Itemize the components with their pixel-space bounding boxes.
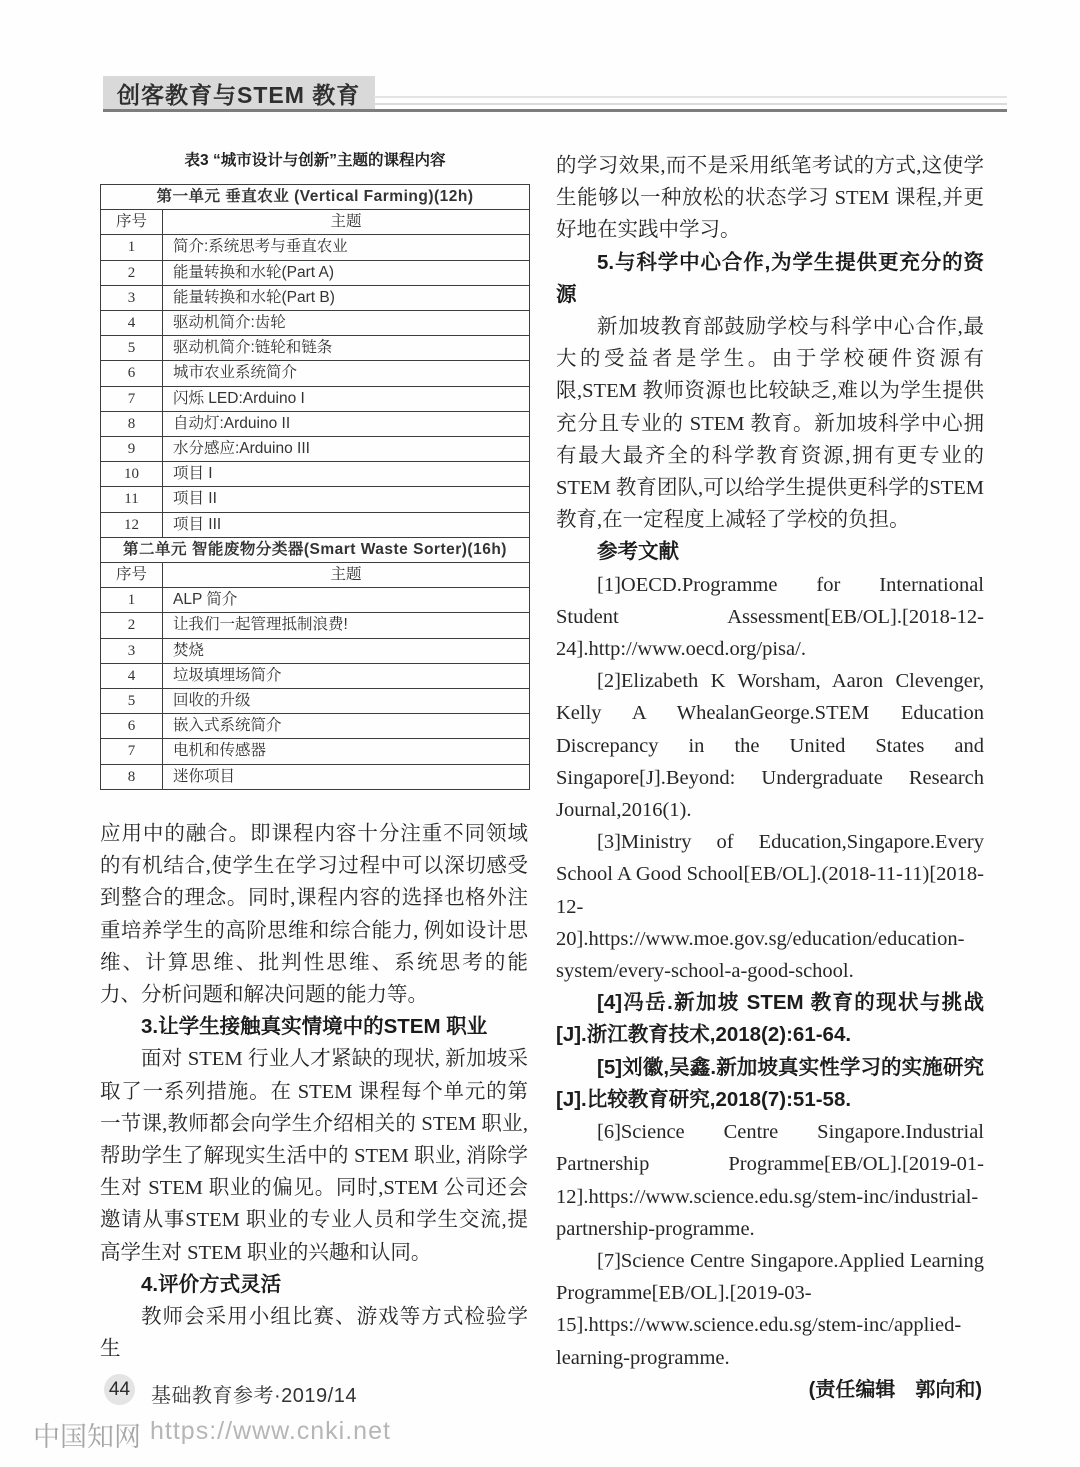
left-paragraph-1: 应用中的融合。即课程内容十分注重不同领域的有机结合,使学生在学习过程中可以深切感… bbox=[100, 818, 528, 1011]
table-row: 4 垃圾填埋场简介 bbox=[101, 663, 530, 688]
serial-cell: 4 bbox=[101, 311, 163, 336]
topic-cell: 水分感应:Arduino III bbox=[163, 437, 530, 462]
section-heading-4: 4.评价方式灵活 bbox=[100, 1269, 528, 1301]
topic-cell: 驱动机简介:链轮和链条 bbox=[163, 336, 530, 361]
serial-cell: 11 bbox=[101, 487, 163, 512]
table-row: 2 能量转换和水轮(Part A) bbox=[101, 260, 530, 285]
header-rule-dark bbox=[103, 109, 1007, 112]
reference-item-5: [5]刘徽,吴鑫.新加坡真实性学习的实施研究[J].比较教育研究,2018(7)… bbox=[556, 1052, 984, 1116]
header-rule-light-2 bbox=[374, 103, 1007, 105]
topic-cell: 项目 I bbox=[163, 462, 530, 487]
unit1-title: 第一单元 垂直农业 (Vertical Farming)(12h) bbox=[101, 185, 530, 210]
table-row: 3 能量转换和水轮(Part B) bbox=[101, 285, 530, 310]
header-rule-light-1 bbox=[374, 96, 1007, 98]
unit2-title-row: 第二单元 智能废物分类器(Smart Waste Sorter)(16h) bbox=[101, 537, 530, 562]
section-heading-3: 3.让学生接触真实情境中的STEM 职业 bbox=[100, 1011, 528, 1043]
unit2-title: 第二单元 智能废物分类器(Smart Waste Sorter)(16h) bbox=[101, 537, 530, 562]
table-row: 8 自动灯:Arduino II bbox=[101, 411, 530, 436]
serial-cell: 9 bbox=[101, 437, 163, 462]
topic-cell: 项目 II bbox=[163, 487, 530, 512]
unit1-column-header-row: 序号 主题 bbox=[101, 210, 530, 235]
right-paragraph-1: 的学习效果,而不是采用纸笔考试的方式,这使学生能够以一种放松的状态学习 STEM… bbox=[556, 150, 984, 247]
serial-cell: 12 bbox=[101, 512, 163, 537]
table-row: 3 焚烧 bbox=[101, 638, 530, 663]
topic-cell: ALP 简介 bbox=[163, 588, 530, 613]
cnki-watermark-url: https://www.cnki.net bbox=[150, 1417, 391, 1446]
topic-cell: 城市农业系统简介 bbox=[163, 361, 530, 386]
table-row: 6 城市农业系统简介 bbox=[101, 361, 530, 386]
topic-cell: 电机和传感器 bbox=[163, 739, 530, 764]
serial-cell: 7 bbox=[101, 739, 163, 764]
table-row: 4 驱动机简介:齿轮 bbox=[101, 311, 530, 336]
serial-cell: 8 bbox=[101, 764, 163, 789]
serial-cell: 4 bbox=[101, 663, 163, 688]
unit2-col-no-header: 序号 bbox=[101, 563, 163, 588]
topic-cell: 迷你项目 bbox=[163, 764, 530, 789]
serial-cell: 2 bbox=[101, 613, 163, 638]
topic-cell: 垃圾填埋场简介 bbox=[163, 663, 530, 688]
serial-cell: 1 bbox=[101, 588, 163, 613]
unit2-column-header-row: 序号 主题 bbox=[101, 563, 530, 588]
unit1-col-topic-header: 主题 bbox=[163, 210, 530, 235]
table-row: 5 驱动机简介:链轮和链条 bbox=[101, 336, 530, 361]
serial-cell: 3 bbox=[101, 638, 163, 663]
topic-cell: 能量转换和水轮(Part A) bbox=[163, 260, 530, 285]
unit2-col-topic-header: 主题 bbox=[163, 563, 530, 588]
left-paragraph-3: 教师会采用小组比赛、游戏等方式检验学生 bbox=[100, 1301, 528, 1365]
table-row: 12 项目 III bbox=[101, 512, 530, 537]
left-column-text: 应用中的融合。即课程内容十分注重不同领域的有机结合,使学生在学习过程中可以深切感… bbox=[100, 818, 528, 1365]
serial-cell: 7 bbox=[101, 386, 163, 411]
reference-item-2: [2]Elizabeth K Worsham, Aaron Clevenger,… bbox=[556, 665, 984, 826]
right-column-text: 的学习效果,而不是采用纸笔考试的方式,这使学生能够以一种放松的状态学习 STEM… bbox=[556, 150, 984, 1406]
serial-cell: 6 bbox=[101, 361, 163, 386]
serial-cell: 2 bbox=[101, 260, 163, 285]
serial-cell: 10 bbox=[101, 462, 163, 487]
topic-cell: 回收的升级 bbox=[163, 689, 530, 714]
topic-cell: 项目 III bbox=[163, 512, 530, 537]
reference-item-4: [4]冯岳.新加坡 STEM 教育的现状与挑战[J].浙江教育技术,2018(2… bbox=[556, 987, 984, 1051]
section-heading-5: 5.与科学中心合作,为学生提供更充分的资源 bbox=[556, 247, 984, 311]
topic-cell: 简介:系统思考与垂直农业 bbox=[163, 235, 530, 260]
topic-cell: 让我们一起管理抵制浪费! bbox=[163, 613, 530, 638]
cnki-watermark: 中国知网 bbox=[33, 1415, 141, 1454]
serial-cell: 8 bbox=[101, 411, 163, 436]
table-row: 9 水分感应:Arduino III bbox=[101, 437, 530, 462]
table-row: 10 项目 I bbox=[101, 462, 530, 487]
reference-item-6: [6]Science Centre Singapore.Industrial P… bbox=[556, 1116, 984, 1245]
serial-cell: 1 bbox=[101, 235, 163, 260]
table-row: 11 项目 II bbox=[101, 487, 530, 512]
topic-cell: 焚烧 bbox=[163, 638, 530, 663]
table-row: 1 简介:系统思考与垂直农业 bbox=[101, 235, 530, 260]
left-paragraph-2: 面对 STEM 行业人才紧缺的现状, 新加坡采取了一系列措施。在 STEM 课程… bbox=[100, 1043, 528, 1268]
page-number-badge: 44 bbox=[104, 1374, 135, 1405]
reference-item-1: [1]OECD.Programme for International Stud… bbox=[556, 569, 984, 666]
table-row: 7 闪烁 LED:Arduino I bbox=[101, 386, 530, 411]
serial-cell: 5 bbox=[101, 336, 163, 361]
table-row: 8 迷你项目 bbox=[101, 764, 530, 789]
table-row: 7 电机和传感器 bbox=[101, 739, 530, 764]
reference-item-3: [3]Ministry of Education,Singapore.Every… bbox=[556, 826, 984, 987]
table-caption: 表3 “城市设计与创新”主题的课程内容 bbox=[100, 148, 530, 170]
unit1-rows: 1 简介:系统思考与垂直农业 2 能量转换和水轮(Part A) 3 能量转换和… bbox=[101, 235, 530, 537]
topic-cell: 能量转换和水轮(Part B) bbox=[163, 285, 530, 310]
course-table: 第一单元 垂直农业 (Vertical Farming)(12h) 序号 主题 … bbox=[100, 184, 530, 790]
right-paragraph-2: 新加坡教育部鼓励学校与科学中心合作,最大的受益者是学生。由于学校硬件资源有限,S… bbox=[556, 311, 984, 536]
serial-cell: 6 bbox=[101, 714, 163, 739]
unit2-rows: 1 ALP 简介 2 让我们一起管理抵制浪费! 3 焚烧 4 垃圾填埋场简介 bbox=[101, 588, 530, 790]
topic-cell: 嵌入式系统简介 bbox=[163, 714, 530, 739]
table-row: 2 让我们一起管理抵制浪费! bbox=[101, 613, 530, 638]
journal-page: 创客教育与STEM 教育 表3 “城市设计与创新”主题的课程内容 第一单元 垂直… bbox=[0, 0, 1080, 1467]
topic-cell: 闪烁 LED:Arduino I bbox=[163, 386, 530, 411]
unit1-title-row: 第一单元 垂直农业 (Vertical Farming)(12h) bbox=[101, 185, 530, 210]
table-row: 6 嵌入式系统简介 bbox=[101, 714, 530, 739]
reference-item-7: [7]Science Centre Singapore.Applied Lear… bbox=[556, 1245, 984, 1374]
serial-cell: 3 bbox=[101, 285, 163, 310]
editor-note: (责任编辑 郭向和) bbox=[556, 1374, 984, 1406]
table-row: 1 ALP 简介 bbox=[101, 588, 530, 613]
column-header-title: 创客教育与STEM 教育 bbox=[117, 77, 360, 110]
unit1-col-no-header: 序号 bbox=[101, 210, 163, 235]
serial-cell: 5 bbox=[101, 689, 163, 714]
topic-cell: 自动灯:Arduino II bbox=[163, 411, 530, 436]
column-header-banner: 创客教育与STEM 教育 bbox=[103, 76, 375, 110]
journal-issue-line: 基础教育参考·2019/14 bbox=[151, 1379, 357, 1408]
topic-cell: 驱动机简介:齿轮 bbox=[163, 311, 530, 336]
references-heading: 参考文献 bbox=[556, 536, 984, 568]
page-number: 44 bbox=[109, 1379, 130, 1401]
table-row: 5 回收的升级 bbox=[101, 689, 530, 714]
